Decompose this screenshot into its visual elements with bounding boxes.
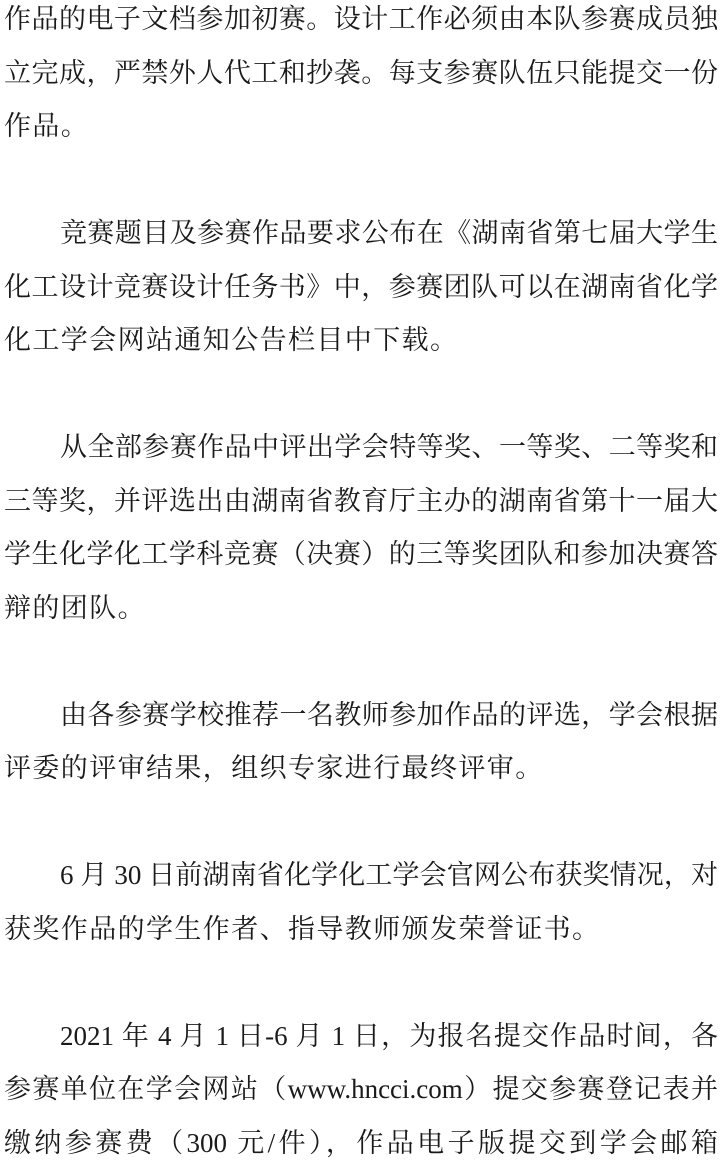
- body-line: 辩的团队。: [4, 582, 718, 636]
- body-line: 竞赛题目及参赛作品要求公布在《湖南省第七届大学生: [4, 207, 718, 261]
- body-line: 三等奖，并评选出由湖南省教育厅主办的湖南省第十一届大: [4, 475, 718, 529]
- body-line: 立完成，严禁外人代工和抄袭。每支参赛队伍只能提交一份: [4, 47, 718, 101]
- body-line: 作品。: [4, 100, 718, 154]
- body-line: 6 月 30 日前湖南省化学化工学会官网公布获奖情况，对: [4, 849, 718, 903]
- body-line: 作品的电子文档参加初赛。设计工作必须由本队参赛成员独: [4, 0, 718, 47]
- body-line: 从全部参赛作品中评出学会特等奖、一等奖、二等奖和: [4, 421, 718, 475]
- document-page: 作品的电子文档参加初赛。设计工作必须由本队参赛成员独 立完成，严禁外人代工和抄袭…: [0, 0, 722, 1162]
- section-heading-6: 六、奖励形式: [4, 796, 718, 850]
- body-line: 评委的评审结果，组织专家进行最终评审。: [4, 742, 718, 796]
- section-heading-3: 三、竞赛题目: [4, 154, 718, 208]
- body-line: 获奖作品的学生作者、指导教师颁发荣誉证书。: [4, 903, 718, 957]
- body-line: 化工设计竞赛设计任务书》中，参赛团队可以在湖南省化学: [4, 261, 718, 315]
- body-line: 由各参赛学校推荐一名教师参加作品的评选，学会根据: [4, 689, 718, 743]
- body-line: 参赛单位在学会网站（www.hncci.com）提交参赛登记表并: [4, 1063, 718, 1117]
- section-heading-5: 五、评奖方法: [4, 635, 718, 689]
- section-heading-7: 七、作品报送: [4, 956, 718, 1010]
- body-line: 缴纳参赛费（300 元/件），作品电子版提交到学会邮箱: [4, 1117, 718, 1162]
- body-line: 化工学会网站通知公告栏目中下载。: [4, 314, 718, 368]
- section-heading-4: 四、奖励等次: [4, 368, 718, 422]
- body-line: 2021 年 4 月 1 日-6 月 1 日，为报名提交作品时间，各: [4, 1010, 718, 1064]
- body-line: 学生化学化工学科竞赛（决赛）的三等奖团队和参加决赛答: [4, 528, 718, 582]
